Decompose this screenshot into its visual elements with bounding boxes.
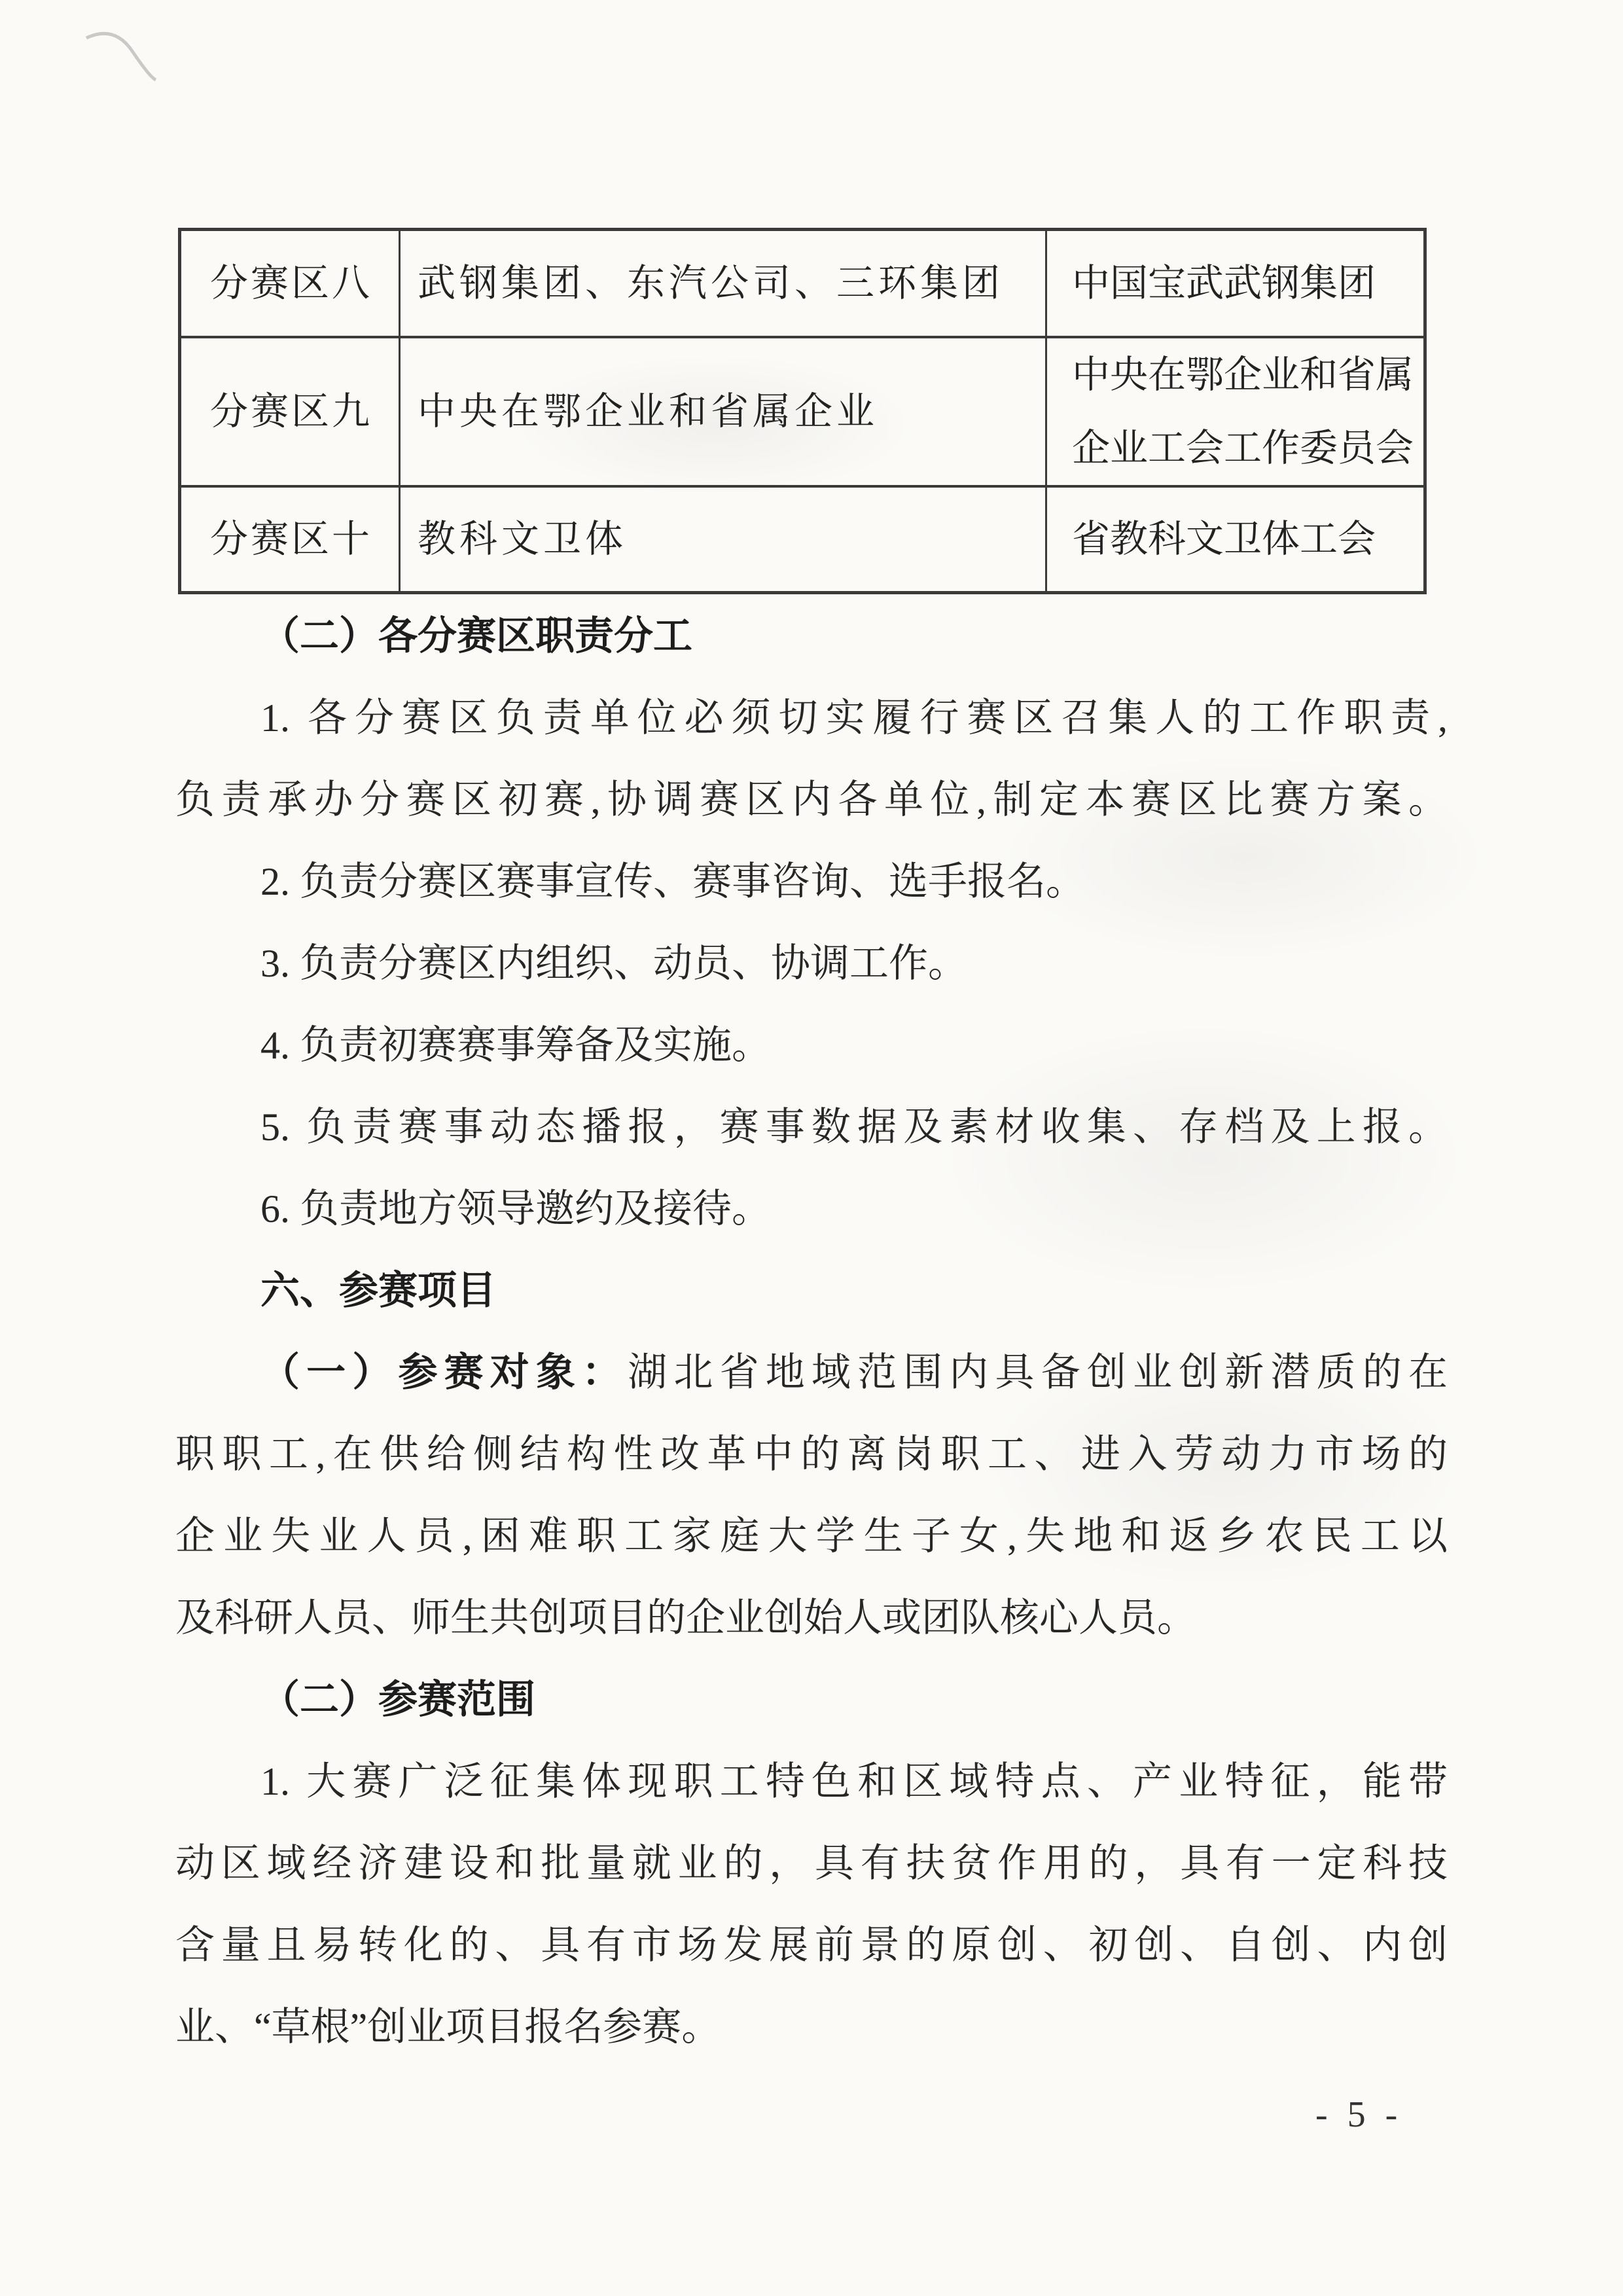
- section-heading: 六、参赛项目: [175, 1250, 1448, 1332]
- document-body: （二）各分赛区职责分工 1. 各分赛区负责单位必须切实履行赛区召集人的工作职责,…: [175, 596, 1448, 2068]
- line-text: 动区域经济建设和批量就业的，具有扶贫作用的，具有一定科技: [175, 1842, 1448, 1885]
- line-text: 2. 负责分赛区赛事宣传、赛事咨询、选手报名。: [260, 860, 1085, 903]
- zone-name: 分赛区十: [210, 503, 372, 576]
- line-text: 3. 负责分赛区内组织、动员、协调工作。: [260, 942, 967, 985]
- zone-units: 教科文卫体: [418, 503, 627, 576]
- subheading-text: （一）参赛对象：: [260, 1351, 628, 1394]
- zone-organizer: 省教科文卫体工会: [1072, 503, 1376, 576]
- text-line: 1. 大赛广泛征集体现职工特色和区域特点、产业特征，能带: [175, 1741, 1448, 1823]
- text-line: 3. 负责分赛区内组织、动员、协调工作。: [175, 923, 1448, 1005]
- text-line: 职职工,在供给侧结构性改革中的离岗职工、进入劳动力市场的: [175, 1414, 1448, 1496]
- zone-organizer-line: 企业工会工作委员会: [1072, 412, 1414, 485]
- line-text: 4. 负责初赛赛事筹备及实施。: [260, 1024, 771, 1067]
- section-heading: （二）各分赛区职责分工: [175, 596, 1448, 677]
- zone-organizer-line: 中央在鄂企业和省属: [1072, 338, 1414, 412]
- competition-zones-table: 分赛区八 武钢集团、东汽公司、三环集团 中国宝武武钢集团 分赛区九 中央在鄂企业…: [178, 228, 1427, 594]
- line-text: 6. 负责地方领导邀约及接待。: [260, 1187, 771, 1230]
- line-text: 及科研人员、师生共创项目的企业创始人或团队核心人员。: [175, 1596, 1196, 1640]
- text-line: 负责承办分赛区初赛,协调赛区内各单位,制定本赛区比赛方案。: [175, 759, 1448, 841]
- section-heading: （二）参赛范围: [175, 1659, 1448, 1741]
- text-line: 1. 各分赛区负责单位必须切实履行赛区召集人的工作职责,: [175, 677, 1448, 759]
- line-text: 湖北省地域范围内具备创业创新潜质的在: [628, 1351, 1448, 1394]
- text-line: 4. 负责初赛赛事筹备及实施。: [175, 1005, 1448, 1086]
- text-line: 动区域经济建设和批量就业的，具有扶贫作用的，具有一定科技: [175, 1823, 1448, 1905]
- line-text: 职职工,在供给侧结构性改革中的离岗职工、进入劳动力市场的: [175, 1433, 1448, 1476]
- zone-10-units-cell: 教科文卫体: [401, 488, 1047, 591]
- text-line: （一）参赛对象：湖北省地域范围内具备创业创新潜质的在: [175, 1332, 1448, 1414]
- zone-units: 武钢集团、东汽公司、三环集团: [418, 247, 1004, 320]
- text-line: 及科研人员、师生共创项目的企业创始人或团队核心人员。: [175, 1577, 1448, 1659]
- zone-9-organizer-cell: 中央在鄂企业和省属 企业工会工作委员会: [1047, 338, 1423, 488]
- zone-10-organizer-cell: 省教科文卫体工会: [1047, 488, 1423, 591]
- document-page: 分赛区八 武钢集团、东汽公司、三环集团 中国宝武武钢集团 分赛区九 中央在鄂企业…: [0, 0, 1623, 2296]
- zone-organizer: 中国宝武武钢集团: [1072, 247, 1376, 320]
- page-number: - 5 -: [1315, 2092, 1459, 2138]
- text-line: 含量且易转化的、具有市场发展前景的原创、初创、自创、内创: [175, 1905, 1448, 1986]
- zone-9-units-cell: 中央在鄂企业和省属企业: [401, 338, 1047, 488]
- text-line: 业、“草根”创业项目报名参赛。: [175, 1986, 1448, 2068]
- zone-name: 分赛区八: [210, 247, 372, 320]
- zone-8-name-cell: 分赛区八: [181, 231, 401, 338]
- line-text: 负责承办分赛区初赛,协调赛区内各单位,制定本赛区比赛方案。: [175, 778, 1448, 821]
- text-line: 5. 负责赛事动态播报，赛事数据及素材收集、存档及上报。: [175, 1086, 1448, 1168]
- line-text: 含量且易转化的、具有市场发展前景的原创、初创、自创、内创: [175, 1924, 1448, 1967]
- heading-text: 六、参赛项目: [260, 1269, 496, 1312]
- zone-9-name-cell: 分赛区九: [181, 338, 401, 488]
- zone-name: 分赛区九: [210, 375, 372, 448]
- heading-text: （二）参赛范围: [260, 1678, 535, 1721]
- zone-8-units-cell: 武钢集团、东汽公司、三环集团: [401, 231, 1047, 338]
- heading-text: （二）各分赛区职责分工: [260, 615, 692, 658]
- line-text: 业、“草根”创业项目报名参赛。: [175, 2005, 721, 2049]
- zone-10-name-cell: 分赛区十: [181, 488, 401, 591]
- text-line: 2. 负责分赛区赛事宣传、赛事咨询、选手报名。: [175, 841, 1448, 923]
- line-text: 企业失业人员,困难职工家庭大学生子女,失地和返乡农民工以: [175, 1515, 1448, 1558]
- line-text: 1. 大赛广泛征集体现职工特色和区域特点、产业特征，能带: [260, 1760, 1448, 1803]
- line-text: 1. 各分赛区负责单位必须切实履行赛区召集人的工作职责,: [260, 696, 1448, 740]
- text-line: 企业失业人员,困难职工家庭大学生子女,失地和返乡农民工以: [175, 1496, 1448, 1577]
- zone-units: 中央在鄂企业和省属企业: [418, 375, 878, 448]
- pen-scratch-artifact: [79, 20, 170, 92]
- line-text: 5. 负责赛事动态播报，赛事数据及素材收集、存档及上报。: [260, 1105, 1448, 1149]
- zone-8-organizer-cell: 中国宝武武钢集团: [1047, 231, 1423, 338]
- text-line: 6. 负责地方领导邀约及接待。: [175, 1168, 1448, 1250]
